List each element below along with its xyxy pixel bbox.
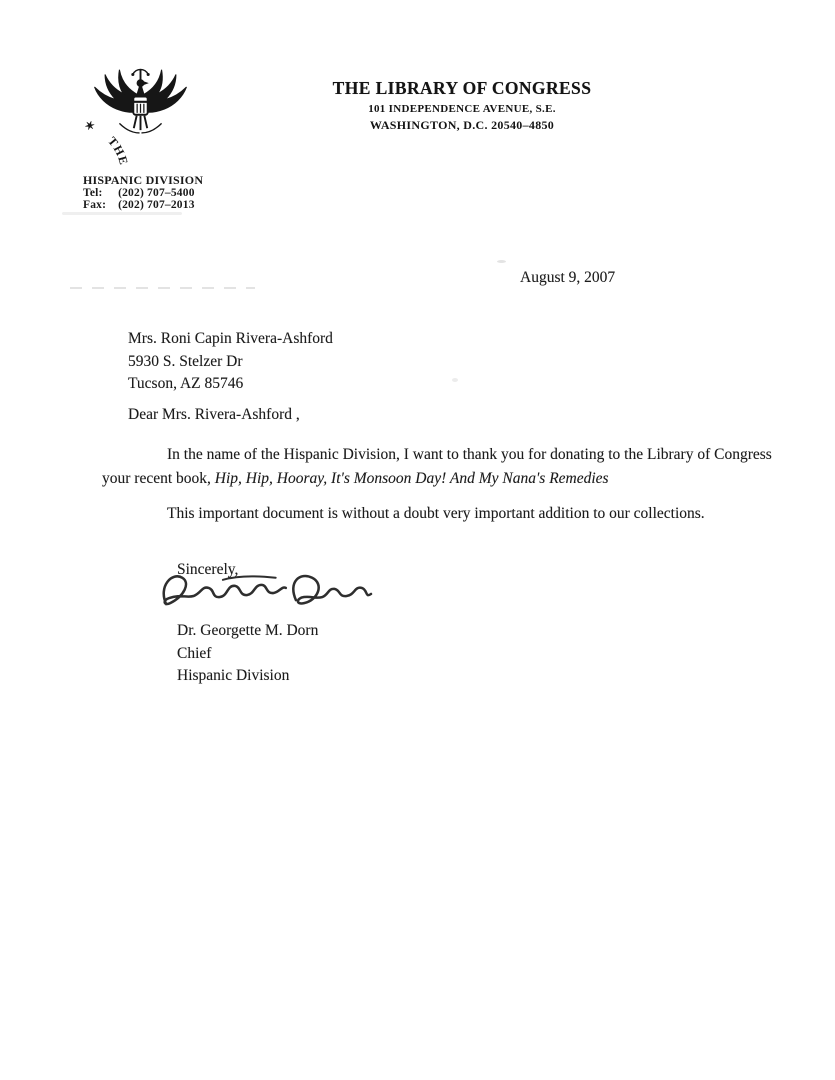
signer-name: Dr. Georgette M. Dorn bbox=[177, 620, 318, 643]
handwritten-signature bbox=[156, 569, 374, 619]
division-name: HISPANIC DIVISION bbox=[83, 174, 203, 187]
division-contact-block: HISPANIC DIVISION Tel: (202) 707–5400 Fa… bbox=[83, 174, 203, 212]
recipient-city-state-zip: Tucson, AZ 85746 bbox=[128, 373, 333, 396]
fax-number: (202) 707–2013 bbox=[118, 199, 195, 211]
scan-artifact-speck bbox=[497, 260, 506, 263]
seal-circular-text: THE ✶ LIBRARY ✶ OF ✶ CONGRESS ✶✶✶ bbox=[83, 116, 132, 168]
scan-artifact-smudge bbox=[62, 212, 182, 215]
scan-artifact-dashed-line bbox=[70, 287, 255, 289]
organization-address-line1: 101 INDEPENDENCE AVENUE, S.E. bbox=[250, 103, 674, 115]
telephone-row: Tel: (202) 707–5400 bbox=[83, 187, 203, 200]
organization-address-line2: WASHINGTON, D.C. 20540–4850 bbox=[250, 118, 674, 133]
tel-label: Tel: bbox=[83, 187, 115, 200]
fax-row: Fax: (202) 707–2013 bbox=[83, 199, 203, 212]
body-paragraph-2: This important document is without a dou… bbox=[102, 502, 799, 526]
organization-name: THE LIBRARY OF CONGRESS bbox=[250, 78, 674, 99]
signature-svg bbox=[156, 569, 374, 619]
svg-text:THE ✶ LIBRARY ✶ OF ✶ CONGRESS: THE ✶ LIBRARY ✶ OF ✶ CONGRESS ✶✶✶ bbox=[83, 116, 132, 168]
body-paragraph-1: In the name of the Hispanic Division, I … bbox=[102, 443, 799, 490]
seal-svg: THE ✶ LIBRARY ✶ OF ✶ CONGRESS ✶✶✶ bbox=[83, 50, 198, 168]
recipient-street: 5930 S. Stelzer Dr bbox=[128, 351, 333, 374]
book-title-italic: Hip, Hip, Hooray, It's Monsoon Day! And … bbox=[215, 470, 609, 487]
eagle-emblem-icon bbox=[95, 69, 187, 132]
letter-date: August 9, 2007 bbox=[520, 266, 615, 290]
fax-label: Fax: bbox=[83, 199, 115, 212]
library-of-congress-seal-icon: THE ✶ LIBRARY ✶ OF ✶ CONGRESS ✶✶✶ bbox=[83, 50, 198, 168]
letterhead-block: THE LIBRARY OF CONGRESS 101 INDEPENDENCE… bbox=[250, 78, 674, 133]
letter-page: THE ✶ LIBRARY ✶ OF ✶ CONGRESS ✶✶✶ bbox=[0, 0, 835, 1080]
scan-artifact-speck bbox=[452, 378, 458, 382]
signer-title: Chief bbox=[177, 643, 318, 666]
signer-division: Hispanic Division bbox=[177, 665, 318, 688]
signer-block: Dr. Georgette M. Dorn Chief Hispanic Div… bbox=[177, 620, 318, 688]
tel-number: (202) 707–5400 bbox=[118, 187, 195, 199]
recipient-address-block: Mrs. Roni Capin Rivera-Ashford 5930 S. S… bbox=[128, 328, 333, 396]
recipient-name: Mrs. Roni Capin Rivera-Ashford bbox=[128, 328, 333, 351]
salutation: Dear Mrs. Rivera-Ashford , bbox=[128, 403, 300, 427]
